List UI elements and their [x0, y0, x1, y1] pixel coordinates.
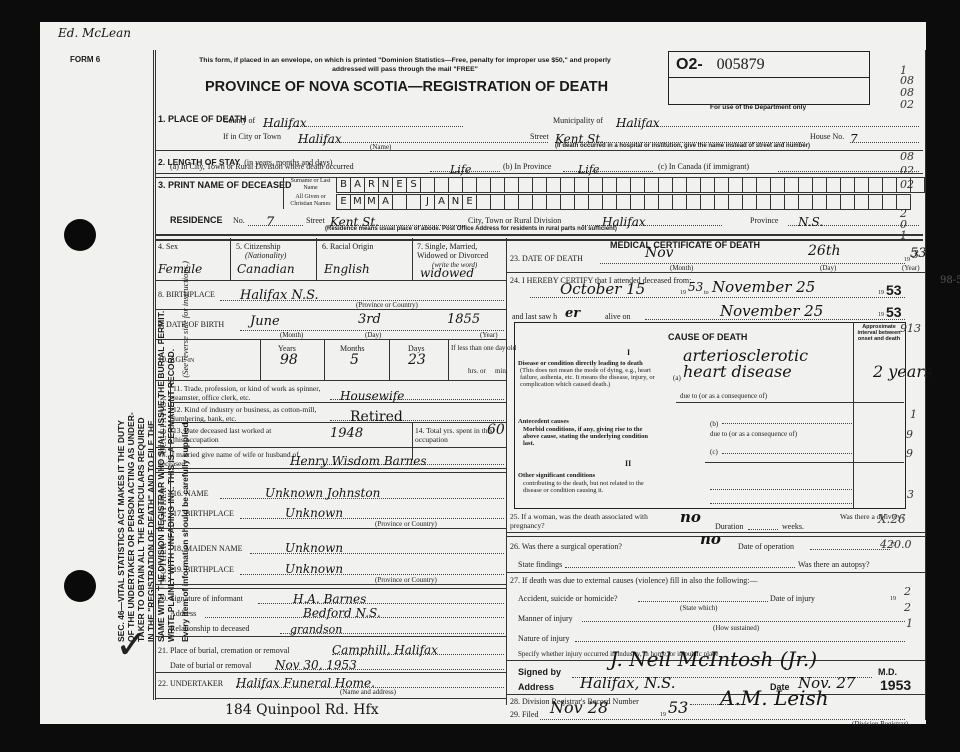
burial-place-value: Camphill, Halifax	[332, 643, 438, 657]
sidebar-line: TAKER TO OBTAIN ALL THE PARTICULARS REQU…	[136, 0, 146, 642]
divider	[155, 468, 506, 473]
divider	[316, 238, 317, 280]
min-label: min.	[495, 367, 508, 375]
letter-box: E	[393, 178, 407, 192]
how-sustained-caption: (How sustained)	[713, 624, 759, 632]
letter-box: M	[351, 195, 365, 209]
residence-province-label: Province	[750, 216, 778, 225]
margin-code: 3	[912, 248, 919, 261]
state-which-caption: (State which)	[680, 604, 718, 612]
form-right-border	[925, 50, 926, 720]
occupation-side-label: OCCUPATION	[159, 394, 168, 454]
cause-a-interval: 2 years	[873, 362, 932, 381]
last-saw-year-prefix: 19	[878, 312, 884, 318]
stay-b-label: (b) In Province	[503, 162, 551, 171]
racial-origin-value: English	[324, 262, 370, 276]
mother-side-label: MOTHER	[159, 542, 168, 582]
margin-code: 420.0	[880, 538, 912, 551]
form-title: PROVINCE OF NOVA SCOTIA—REGISTRATION OF …	[205, 79, 608, 95]
form-number: FORM 6	[70, 55, 100, 64]
house-label: House No.	[810, 132, 844, 141]
duration-line	[748, 528, 778, 530]
county-label: County of	[223, 116, 255, 125]
father-birthplace-label: 17. BIRTHPLACE	[173, 509, 234, 518]
weeks-label: weeks.	[782, 522, 804, 531]
death-month: Nov	[645, 245, 674, 261]
reg-number: 005879	[717, 56, 765, 74]
divider	[155, 309, 506, 310]
letter-box: E	[337, 195, 351, 209]
letter-box: E	[463, 195, 477, 209]
interval-header: Approximate interval between onset and d…	[855, 324, 903, 342]
attended-to-date: November 25	[712, 278, 815, 296]
physician-signature: J. Neil McIntosh (Jr.)	[610, 647, 817, 671]
cause-b-line	[722, 422, 852, 424]
signature-year: 1953	[880, 677, 911, 693]
margin-code: 1	[900, 229, 907, 242]
spouse-label: 15. If married give name of wife or husb…	[158, 450, 308, 468]
stay-c-label: (c) In Canada (if immigrant)	[658, 162, 749, 171]
father-name-value: Unknown Johnston	[265, 486, 380, 500]
dob-year: 1855	[447, 312, 480, 327]
hrs-label: hrs. or	[468, 367, 486, 375]
place-of-death-label: 1. PLACE OF DEATH	[158, 114, 213, 124]
street-label: Street	[530, 132, 549, 141]
letter-box: A	[435, 195, 449, 209]
father-side-label: FATHER	[159, 486, 168, 522]
divider	[170, 422, 506, 423]
to-year-prefix: 19	[878, 290, 884, 296]
cause-c-line	[722, 452, 852, 454]
industry-label: 12. Kind of industry or business, as cot…	[173, 405, 323, 423]
days-value: 23	[408, 352, 426, 368]
hospital-note: (If death occurred in a hospital or inst…	[555, 143, 810, 149]
mother-maiden-value: Unknown	[285, 541, 343, 555]
divider	[155, 447, 506, 448]
accident-label: Accident, suicide or homicide?	[518, 594, 618, 603]
divider	[155, 672, 506, 673]
house-value: 7	[850, 132, 858, 146]
stay-a-label: (a) In City, Town or Rural Division wher…	[170, 162, 354, 171]
surname-boxes[interactable]: BARNES	[336, 177, 925, 193]
registrar-signature: A.M. Leish	[720, 686, 829, 710]
letter-box: J	[421, 195, 435, 209]
findings-line	[565, 566, 795, 568]
father-birthplace-value: Unknown	[285, 506, 343, 520]
attended-from-year: 53	[688, 280, 703, 294]
dod-day-caption: (Day)	[820, 264, 836, 272]
print-name-label: 3. PRINT NAME OF DECEASED	[158, 179, 292, 191]
filed-year: 53	[668, 698, 688, 717]
trade-value: Housewife	[340, 389, 404, 403]
residence-no-value: 7	[266, 215, 274, 230]
margin-code: 913	[900, 322, 921, 335]
attended-to-year: 53	[886, 282, 902, 298]
stat-code-note: 98-5-23.00	[940, 275, 960, 286]
punch-hole	[64, 570, 96, 602]
divider	[705, 462, 904, 463]
divider	[260, 340, 261, 380]
cause-a-value: arteriosclerotic heart disease	[683, 348, 853, 380]
margin-code: 1	[906, 617, 913, 630]
mother-birthplace-value: Unknown	[285, 562, 343, 576]
death-day: 26th	[808, 243, 840, 259]
other-conditions-note: contributing to the death, but not relat…	[523, 480, 658, 494]
divider	[155, 280, 506, 281]
city-label: If in City or Town	[223, 132, 281, 141]
letter-box: N	[449, 195, 463, 209]
birthplace-caption: (Province or Country)	[356, 301, 418, 309]
margin-code: 9	[906, 447, 913, 460]
divider	[324, 340, 325, 380]
years-value: 98	[280, 352, 298, 368]
form-left-border	[153, 50, 156, 700]
pregnancy-value: no	[680, 508, 701, 526]
direct-cause-label: Disease or condition directly leading to…	[518, 360, 643, 367]
manner-line	[582, 620, 905, 622]
attended-from-date: October 15	[560, 280, 645, 298]
spouse-value: Henry Wisdom Barnes	[290, 454, 427, 468]
filed-date: Nov 28	[550, 698, 608, 717]
letter-box: N	[379, 178, 393, 192]
surname-label: Surname or Last Name	[288, 178, 333, 192]
last-saw-date: November 25	[720, 302, 823, 320]
municipality-value: Halifax	[616, 116, 660, 130]
last-saw-pronoun: er	[565, 306, 580, 321]
burial-place-label: 21. Place of burial, cremation or remova…	[158, 646, 290, 655]
margin-code: 2	[904, 601, 911, 614]
months-value: 5	[350, 352, 359, 368]
burial-date-label: Date of burial or removal	[170, 661, 251, 670]
signature-address-label: Address	[518, 682, 554, 692]
cause-b-label: (b)	[710, 420, 718, 428]
signed-by-label: Signed by	[518, 667, 561, 677]
relationship-label: Relationship to deceased	[170, 624, 250, 633]
letter-box: S	[407, 178, 421, 192]
father-name-label: 16. NAME	[173, 489, 209, 498]
last-worked-value: 1948	[330, 426, 363, 441]
divider	[155, 234, 923, 241]
letter-box: B	[337, 178, 351, 192]
margin-code: 1	[910, 408, 917, 421]
year-caption: (Year)	[480, 331, 498, 339]
reg-prefix: O2-	[676, 56, 703, 74]
death-registration-form: Ed. McLean FORM 6 SEC. 46—VITAL STATISTI…	[40, 22, 926, 724]
total-years-value: 60	[487, 422, 505, 438]
injury-year-prefix: 19	[890, 596, 896, 602]
margin-code: 02	[900, 164, 914, 177]
divider	[155, 380, 506, 381]
birthplace-label: 8. BIRTHPLACE	[158, 290, 215, 299]
county-value: Halifax	[263, 116, 307, 130]
cause-of-death-title: CAUSE OF DEATH	[668, 332, 747, 342]
md-label: M.D.	[878, 667, 897, 677]
divider	[155, 339, 506, 340]
filed-label: 29. Filed	[510, 710, 538, 719]
margin-code: 3	[907, 488, 914, 501]
postal-note: This form, if placed in an envelope, on …	[190, 56, 620, 74]
informant-address-label: Address	[170, 609, 196, 618]
mother-birthplace-caption: (Province or Country)	[375, 576, 437, 584]
divider	[170, 472, 171, 586]
sex-label: 4. Sex	[158, 242, 178, 251]
divider	[448, 340, 449, 380]
marital-label: 7. Single, Married, Widowed or Divorced	[417, 242, 505, 260]
injury-date-label: Date of injury	[770, 594, 815, 603]
dob-month: June	[250, 314, 280, 329]
margin-code: 2	[904, 585, 911, 598]
sidebar-line: SEC. 46—VITAL STATISTICS ACT MAKES IT TH…	[116, 0, 126, 642]
divider	[230, 238, 231, 280]
undertaker-address-note: 184 Quinpool Rd. Hfx	[225, 702, 379, 718]
antecedent-note: Morbid conditions, if any, giving rise t…	[523, 426, 658, 447]
divider	[506, 572, 926, 573]
divider	[155, 698, 506, 699]
interval-column-divider	[853, 322, 854, 509]
operation-date-line	[810, 548, 890, 550]
citizenship-value: Canadian	[237, 262, 295, 276]
operation-date-label: Date of operation	[738, 542, 794, 551]
month-caption: (Month)	[280, 331, 303, 339]
operation-label: 26. Was there a surgical operation?	[510, 542, 622, 551]
divider	[412, 238, 413, 280]
day-caption: (Day)	[365, 331, 381, 339]
divider	[170, 402, 506, 403]
mother-maiden-label: 18. MAIDEN NAME	[173, 544, 243, 553]
dod-year-caption: (Year)	[902, 264, 920, 272]
department-box: O2- 005879	[668, 51, 870, 105]
filed-line	[540, 718, 905, 720]
external-cause-label: 27. If death was due to external causes …	[510, 576, 757, 585]
accident-line	[638, 600, 768, 602]
sex-value: Female	[158, 262, 202, 276]
cause-b-due-to: due to (or as a consequence of)	[710, 430, 797, 438]
divider	[389, 340, 390, 380]
divider	[155, 150, 923, 151]
cause-a-label: (a)	[673, 374, 681, 382]
delivery-value: X.26	[878, 512, 906, 526]
residence-no-label: No.	[233, 216, 245, 225]
residence-street-label: Street	[306, 216, 325, 225]
divider	[506, 694, 926, 695]
dob-label: 9. DATE OF BIRTH	[158, 320, 224, 329]
part-one-label: I	[627, 348, 630, 357]
less-than-day-label: If less than one day old	[451, 344, 516, 352]
given-names-label: All Given or Christian Names	[288, 194, 333, 208]
other-conditions-label: Other significant conditions	[518, 472, 595, 479]
margin-code: 9	[906, 428, 913, 441]
undertaker-caption: (Name and address)	[340, 688, 396, 696]
nature-line	[575, 640, 905, 642]
margin-code: 08	[900, 150, 914, 163]
total-years-label: 14. Total yrs. spent in this occupation	[415, 426, 495, 444]
burial-date-value: Nov 30, 1953	[275, 658, 357, 672]
last-saw-label: and last saw h	[512, 312, 557, 321]
divider	[170, 380, 171, 460]
to-label: to	[704, 290, 709, 296]
citizenship-sub: (Nationality)	[245, 251, 286, 260]
birthplace-value: Halifax N.S.	[240, 288, 319, 303]
letter-box: R	[365, 178, 379, 192]
alive-on-label: alive on	[605, 312, 631, 321]
municipality-label: Municipality of	[553, 116, 603, 125]
margin-code: 02	[900, 178, 914, 191]
division-registrar-caption: (Division Registrar)	[852, 720, 908, 728]
given-names-boxes[interactable]: EMMAJANE	[336, 194, 911, 210]
antecedent-label: Antecedent causes	[518, 418, 569, 425]
marital-value: widowed	[420, 266, 474, 280]
residence-label: RESIDENCE	[170, 215, 223, 225]
letter-box: M	[365, 195, 379, 209]
margin-code: 02	[900, 98, 914, 111]
residence-note: (Residence means usual place of abode. P…	[325, 226, 617, 232]
autopsy-label: Was there an autopsy?	[798, 560, 870, 569]
punch-hole	[64, 219, 96, 251]
date-of-death-label: 23. DATE OF DEATH	[510, 254, 583, 263]
medical-cert-title: MEDICAL CERTIFICATE OF DEATH	[610, 240, 760, 250]
divider	[506, 272, 926, 273]
signature-address: Halifax, N.S.	[580, 674, 676, 692]
dob-day: 3rd	[358, 312, 381, 327]
informant-signature-label: 20. Signature of informant	[158, 594, 243, 603]
nature-label: Nature of injury	[518, 634, 570, 643]
cause-a-due-to: due to (or as a consequence of)	[680, 392, 767, 400]
pregnancy-label: 25. If a woman, was the death associated…	[510, 512, 650, 530]
last-worked-label: 13. Date deceased last worked at this oc…	[173, 426, 278, 444]
residence-province-value: N.S.	[798, 215, 823, 229]
undertaker-label: 22. UNDERTAKER	[158, 679, 223, 688]
citizenship-label: 5. Citizenship	[236, 242, 280, 251]
cause-c-label: (c)	[710, 448, 718, 456]
operation-value: no	[700, 530, 721, 548]
checkmark-icon: ✓	[115, 622, 149, 668]
relationship-value: grandson	[290, 623, 342, 636]
mother-birthplace-label: 19. BIRTHPLACE	[173, 565, 234, 574]
last-saw-year: 53	[886, 304, 902, 320]
residence-city-label: City, Town or Rural Division	[468, 216, 561, 225]
informant-address: Bedford N.S.	[303, 606, 381, 620]
part-two-label: II	[625, 459, 631, 468]
divider	[155, 636, 506, 637]
racial-origin-label: 6. Racial Origin	[322, 242, 373, 251]
age-label: 10. AGE in	[158, 355, 194, 364]
dod-month-caption: (Month)	[670, 264, 693, 272]
column-divider	[506, 238, 507, 705]
direct-cause-note: (This does not mean the mode of dying, e…	[520, 367, 670, 388]
letter-box: A	[379, 195, 393, 209]
from-year-prefix: 19	[680, 290, 686, 296]
father-birthplace-caption: (Province or Country)	[375, 520, 437, 528]
letter-box: A	[351, 178, 365, 192]
divider	[155, 584, 506, 589]
manner-label: Manner of injury	[518, 614, 573, 623]
other-line	[710, 488, 852, 490]
divider	[283, 177, 284, 209]
sidebar-line: OF THE UNDERTAKER OR PERSON ACTING AS UN…	[126, 0, 136, 642]
city-value: Halifax	[298, 132, 342, 146]
other-line	[710, 502, 852, 504]
dept-only-note: For use of the Department only	[710, 104, 806, 111]
trade-label: 11. Trade, profession, or kind of work a…	[173, 384, 323, 402]
findings-label: State findings	[518, 560, 562, 569]
divider	[676, 402, 904, 403]
divider	[155, 528, 506, 529]
